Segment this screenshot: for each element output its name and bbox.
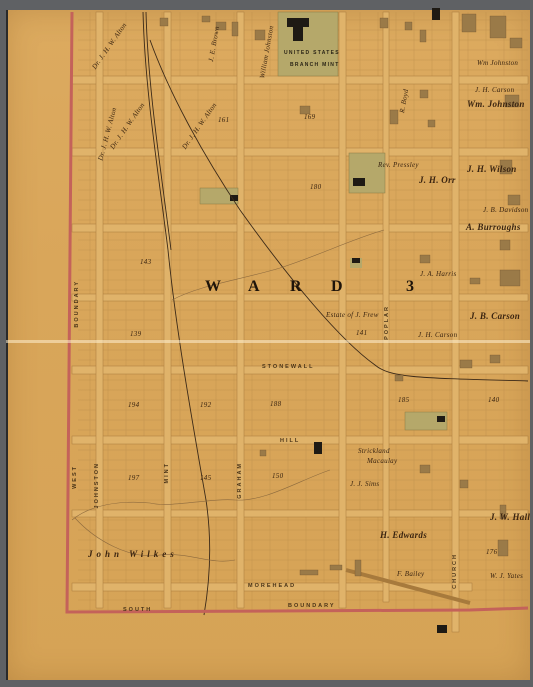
owner-label: J. H. Carson (418, 331, 457, 339)
street-boundary-west: BOUNDARY (74, 280, 80, 328)
owner-label: John Wilkes (88, 549, 178, 559)
lot-number: 140 (488, 396, 499, 404)
ward-number: 3 (406, 278, 414, 296)
owner-label: A. Burroughs (466, 222, 521, 232)
street-stonewall: STONEWALL (262, 364, 314, 370)
lot-number: 192 (200, 401, 211, 409)
owner-label: Wm. Johnston (467, 99, 525, 109)
lot-number: 197 (128, 474, 139, 482)
lot-number: 169 (304, 113, 315, 121)
owner-label: J. B. Davidson (483, 206, 528, 214)
owner-label: Rev. Pressley (378, 161, 419, 169)
lot-number: 194 (128, 401, 139, 409)
owner-label: F. Bailey (397, 570, 424, 578)
owner-label: J. W. Hall (490, 512, 530, 522)
street-west: WEST (72, 465, 78, 489)
lot-number: 150 (272, 472, 283, 480)
street-morehead: MOREHEAD (248, 583, 296, 589)
mint-label-line1: UNITED STATES (284, 50, 340, 56)
lot-number: 180 (310, 183, 321, 191)
mint-label-line2: BRANCH MINT (290, 62, 340, 68)
ward-letter-d: D (331, 278, 343, 296)
lot-number: 185 (398, 396, 409, 404)
lot-number: 145 (200, 474, 211, 482)
lot-number: 188 (270, 400, 281, 408)
street-boundary-south: BOUNDARY (288, 603, 336, 609)
owner-label: J. A. Harris (420, 270, 457, 278)
lot-number: 176 (486, 548, 497, 556)
owner-label: J. B. Carson (470, 311, 520, 321)
street-johnston: JOHNSTON (94, 462, 100, 508)
lot-number: 139 (130, 330, 141, 338)
street-hill: HILL (280, 438, 300, 444)
street-graham: GRAHAM (237, 462, 243, 499)
street-church: CHURCH (452, 553, 458, 589)
owner-label: J. J. Sims (350, 480, 379, 488)
owner-label: J. H. Wilson (467, 164, 517, 174)
ward-letter-r: R (290, 278, 302, 296)
ward-letter-w: W (205, 278, 221, 296)
lot-number: 143 (140, 258, 151, 266)
owner-label: Strickland (358, 447, 390, 455)
lot-number: 141 (356, 329, 367, 337)
city-blocks (78, 12, 528, 610)
owner-label: Wm Johnston (477, 59, 518, 67)
owner-label: J. H. Carson (475, 86, 514, 94)
owner-label: Estate of J. Frew (326, 311, 379, 319)
owner-label: H. Edwards (380, 530, 427, 540)
owner-label: Macaulay (367, 457, 397, 465)
lot-number: 161 (218, 116, 229, 124)
street-mint: MINT (164, 462, 170, 483)
paper-fold (6, 340, 530, 343)
ward-letter-a: A (248, 278, 260, 296)
street-south: SOUTH (123, 607, 152, 613)
street-poplar: POPLAR (384, 305, 390, 340)
owner-label: W. J. Yates (490, 572, 523, 580)
owner-label: J. H. Orr (419, 175, 456, 185)
